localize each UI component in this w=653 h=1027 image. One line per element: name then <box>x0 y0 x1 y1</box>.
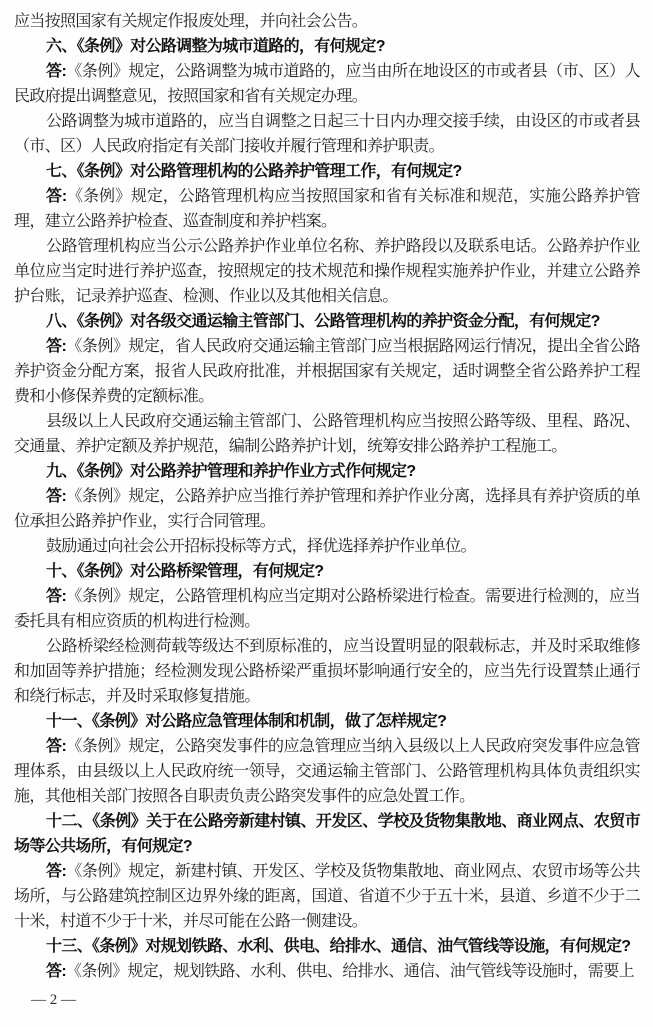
answer-prefix: 答: <box>46 488 66 505</box>
answer-text: 《条例》规定，规划铁路、水利、供电、给排水、通信、油气管线等设施时，需要上 <box>66 963 634 980</box>
body-paragraph: 公路调整为城市道路的，应当自调整之日起三十日内办理交接手续，由设区的市或者县（市… <box>14 109 640 159</box>
answer-paragraph: 答:《条例》规定，新建村镇、开发区、学校及货物集散地、商业网点、农贸市场等公共场… <box>14 859 640 934</box>
answer-text: 《条例》规定，公路管理机构应当按照国家和省有关标准和规范，实施公路养护管理，建立… <box>14 188 640 230</box>
answer-prefix: 答: <box>46 588 66 605</box>
answer-prefix: 答: <box>46 188 67 205</box>
answer-prefix: 答: <box>46 63 66 80</box>
answer-prefix: 答: <box>46 863 66 880</box>
body-paragraph: 公路管理机构应当公示公路养护作业单位名称、养护路段以及联系电话。公路养护作业单位… <box>14 234 640 309</box>
document-body: 应当按照国家有关规定作报废处理，并向社会公告。六、《条例》对公路调整为城市道路的… <box>14 9 640 984</box>
body-paragraph: 公路桥梁经检测荷载等级达不到原标准的，应当设置明显的限载标志，并及时采取维修和加… <box>14 634 640 709</box>
answer-text: 《条例》规定，公路养护应当推行养护管理和养护作业分离，选择具有养护资质的单位承担… <box>14 488 640 530</box>
answer-text: 《条例》规定，新建村镇、开发区、学校及货物集散地、商业网点、农贸市场等公共场所，… <box>14 863 640 930</box>
question-heading: 九、《条例》对公路养护管理和养护作业方式作何规定? <box>14 459 640 484</box>
body-paragraph: 县级以上人民政府交通运输主管部门、公路管理机构应当按照公路等级、里程、路况、交通… <box>14 409 640 459</box>
answer-prefix: 答: <box>46 738 66 755</box>
body-paragraph: 鼓励通过向社会公开招标投标等方式，择优选择养护作业单位。 <box>14 534 640 559</box>
answer-text: 《条例》规定，公路调整为城市道路的，应当由所在地设区的市或者县（市、区）人民政府… <box>14 63 640 105</box>
answer-paragraph: 答:《条例》规定，规划铁路、水利、供电、给排水、通信、油气管线等设施时，需要上 <box>14 959 640 984</box>
answer-paragraph: 答:《条例》规定，公路突发事件的应急管理应当纳入县级以上人民政府突发事件应急管理… <box>14 734 640 809</box>
answer-prefix: 答: <box>46 338 66 355</box>
page-number: — 2 — <box>31 991 76 1009</box>
question-heading: 十、《条例》对公路桥梁管理，有何规定? <box>14 559 640 584</box>
continuation-paragraph: 应当按照国家有关规定作报废处理，并向社会公告。 <box>14 9 640 34</box>
answer-paragraph: 答:《条例》规定，公路养护应当推行养护管理和养护作业分离，选择具有养护资质的单位… <box>14 484 640 534</box>
answer-text: 《条例》规定，省人民政府交通运输主管部门应当根据路网运行情况，提出全省公路养护资… <box>14 338 640 405</box>
question-heading: 十二、《条例》关于在公路旁新建村镇、开发区、学校及货物集散地、商业网点、农贸市场… <box>14 809 640 859</box>
answer-text: 《条例》规定，公路突发事件的应急管理应当纳入县级以上人民政府突发事件应急管理体系… <box>14 738 640 805</box>
answer-prefix: 答: <box>46 963 66 980</box>
question-heading: 六、《条例》对公路调整为城市道路的，有何规定? <box>14 34 640 59</box>
answer-text: 《条例》规定，公路管理机构应当定期对公路桥梁进行检查。需要进行检测的，应当委托具… <box>14 588 640 630</box>
document-page: 应当按照国家有关规定作报废处理，并向社会公告。六、《条例》对公路调整为城市道路的… <box>0 0 653 1027</box>
question-heading: 七、《条例》对公路管理机构的公路养护管理工作，有何规定? <box>14 159 640 184</box>
answer-paragraph: 答:《条例》规定，省人民政府交通运输主管部门应当根据路网运行情况，提出全省公路养… <box>14 334 640 409</box>
question-heading: 十一、《条例》对公路应急管理体制和机制，做了怎样规定? <box>14 709 640 734</box>
answer-paragraph: 答:《条例》规定，公路管理机构应当按照国家和省有关标准和规范，实施公路养护管理，… <box>14 184 640 234</box>
answer-paragraph: 答:《条例》规定，公路管理机构应当定期对公路桥梁进行检查。需要进行检测的，应当委… <box>14 584 640 634</box>
question-heading: 八、《条例》对各级交通运输主管部门、公路管理机构的养护资金分配，有何规定? <box>14 309 640 334</box>
question-heading: 十三、《条例》对规划铁路、水利、供电、给排水、通信、油气管线等设施，有何规定? <box>14 934 640 959</box>
answer-paragraph: 答:《条例》规定，公路调整为城市道路的，应当由所在地设区的市或者县（市、区）人民… <box>14 59 640 109</box>
